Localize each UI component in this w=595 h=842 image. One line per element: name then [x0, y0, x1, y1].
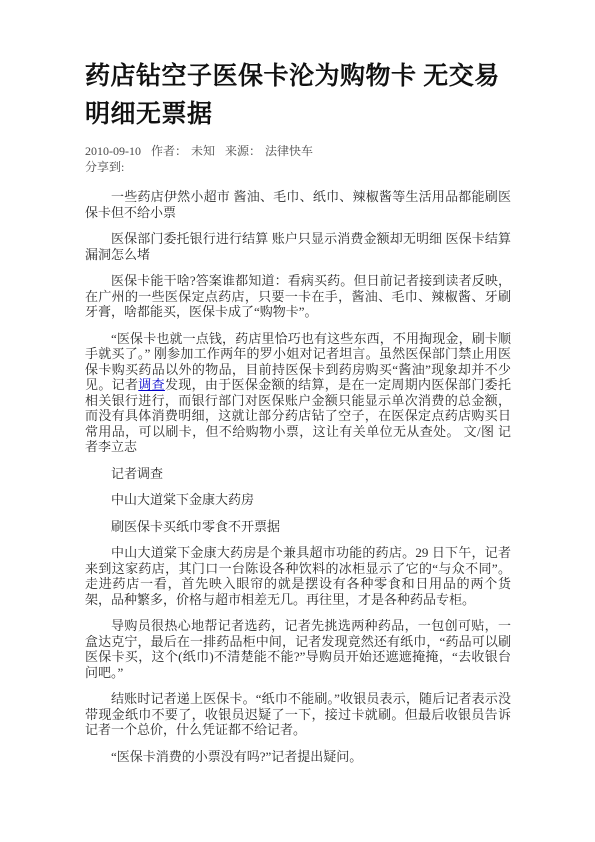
share-label: 分享到: [85, 159, 511, 175]
article-title: 药店钻空子医保卡沦为购物卡 无交易明细无票据 [85, 58, 511, 134]
source-field: 来源：法律快车 [225, 144, 313, 158]
paragraph: 刷医保卡买纸巾零食不开票据 [85, 519, 511, 535]
publish-date: 2010-09-10 [85, 144, 141, 158]
author-value: 未知 [191, 144, 215, 158]
paragraph-text: 导购员很热心地帮记者选药，记者先挑选两种药品，一包创可贴，一盒达克宁，最后在一排… [85, 618, 511, 680]
inline-link[interactable]: 调查 [138, 377, 165, 392]
document-page: 药店钻空子医保卡沦为购物卡 无交易明细无票据 2010-09-10 作者：未知 … [0, 0, 595, 842]
paragraph-text: 中山大道棠下金康大药房 [111, 492, 254, 507]
paragraph-text: 结账时记者递上医保卡。“纸巾不能刷。”收银员表示，随后记者表示没带现金纸巾不要了… [85, 691, 511, 737]
source-label: 来源： [225, 144, 261, 158]
paragraph-text: 中山大道棠下金康大药房是个兼具超市功能的药店。29 日下午，记者来到这家药店，其… [85, 545, 511, 607]
paragraph: 一些药店伊然小超市 酱油、毛巾、纸巾、辣椒酱等生活用品都能刷医保卡但不给小票 [85, 189, 511, 220]
source-value: 法律快车 [265, 144, 313, 158]
paragraph-text: 记者调查 [111, 466, 163, 481]
author-label: 作者： [151, 144, 187, 158]
paragraph: “医保卡消费的小票没有吗?”记者提出疑问。 [85, 749, 511, 765]
paragraph: 记者调查 [85, 466, 511, 482]
paragraph: 医保部门委托银行进行结算 账户只显示消费金额却无明细 医保卡结算漏洞怎么堵 [85, 231, 511, 262]
article-meta: 2010-09-10 作者：未知 来源：法律快车 [85, 143, 511, 159]
author-field: 作者：未知 [151, 144, 215, 158]
paragraph: 医保卡能干啥?答案谁都知道：看病买药。但日前记者接到读者反映，在广州的一些医保定… [85, 273, 511, 320]
paragraph: “医保卡也就一点钱，药店里恰巧也有这些东西，不用掏现金，刷卡顺手就买了。” 刚参… [85, 331, 511, 455]
article-body: 一些药店伊然小超市 酱油、毛巾、纸巾、辣椒酱等生活用品都能刷医保卡但不给小票医保… [85, 189, 511, 764]
paragraph-text: “医保卡消费的小票没有吗?”记者提出疑问。 [111, 749, 362, 764]
paragraph: 中山大道棠下金康大药房 [85, 492, 511, 508]
paragraph: 导购员很热心地帮记者选药，记者先挑选两种药品，一包创可贴，一盒达克宁，最后在一排… [85, 618, 511, 680]
paragraph: 结账时记者递上医保卡。“纸巾不能刷。”收银员表示，随后记者表示没带现金纸巾不要了… [85, 691, 511, 738]
paragraph-text: 医保部门委托银行进行结算 账户只显示消费金额却无明细 医保卡结算漏洞怎么堵 [85, 231, 511, 262]
paragraph-text: 刷医保卡买纸巾零食不开票据 [111, 519, 280, 534]
paragraph: 中山大道棠下金康大药房是个兼具超市功能的药店。29 日下午，记者来到这家药店，其… [85, 545, 511, 607]
paragraph-text: 医保卡能干啥?答案谁都知道：看病买药。但日前记者接到读者反映，在广州的一些医保定… [85, 273, 511, 319]
paragraph-text: 一些药店伊然小超市 酱油、毛巾、纸巾、辣椒酱等生活用品都能刷医保卡但不给小票 [85, 189, 511, 220]
